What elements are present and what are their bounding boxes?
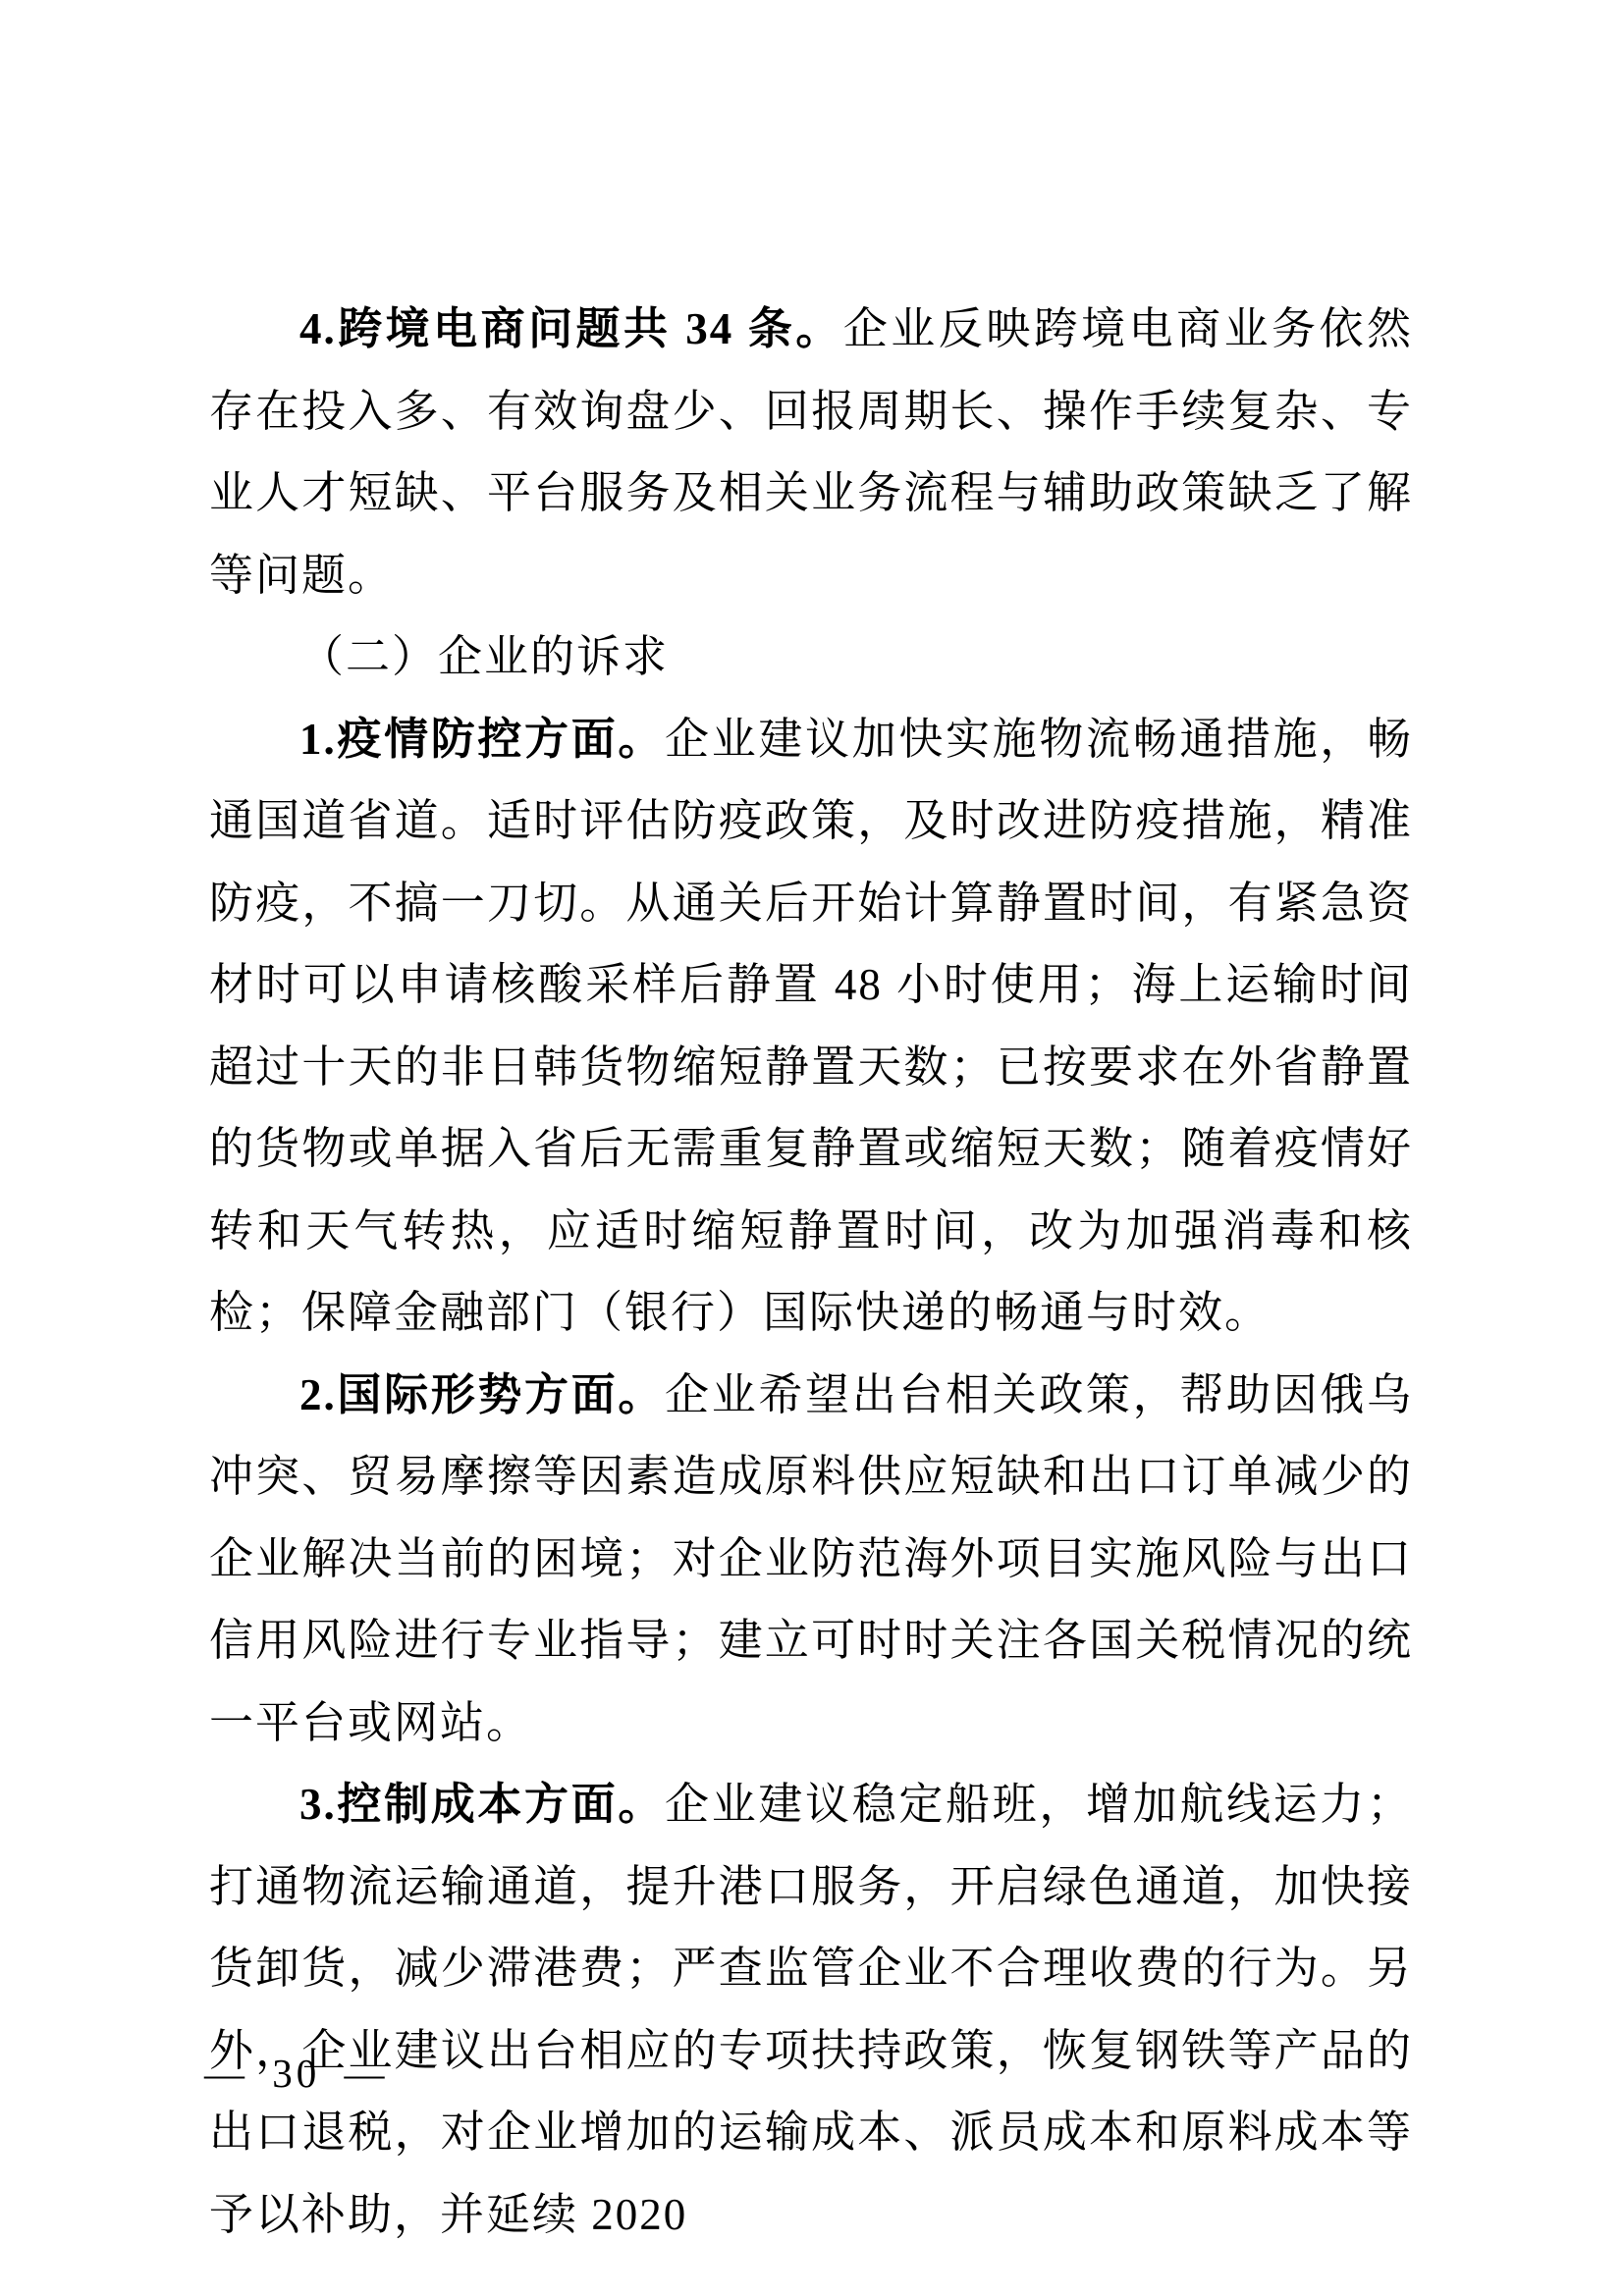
paragraph-cross-border-ecommerce: 4.跨境电商问题共 34 条。企业反映跨境电商业务依然存在投入多、有效询盘少、回… xyxy=(209,289,1413,616)
paragraph-international-situation: 2.国际形势方面。企业希望出台相关政策，帮助因俄乌冲突、贸易摩擦等因素造成原料供… xyxy=(209,1355,1413,1765)
document-body: 4.跨境电商问题共 34 条。企业反映跨境电商业务依然存在投入多、有效询盘少、回… xyxy=(209,289,1413,2256)
paragraph-lead-bold: 4.跨境电商问题共 34 条。 xyxy=(299,304,843,353)
section-heading-enterprise-demands: （二）企业的诉求 xyxy=(209,616,1413,699)
document-page: 4.跨境电商问题共 34 条。企业反映跨境电商业务依然存在投入多、有效询盘少、回… xyxy=(0,0,1624,2296)
paragraph-lead-bold: 1.疫情防控方面。 xyxy=(299,715,665,764)
paragraph-epidemic-control: 1.疫情防控方面。企业建议加快实施物流畅通措施，畅通国道省道。适时评估防疫政策，… xyxy=(209,699,1413,1355)
paragraph-text: 企业希望出台相关政策，帮助因俄乌冲突、贸易摩擦等因素造成原料供应短缺和出口订单减… xyxy=(209,1370,1413,1747)
paragraph-text: 企业建议加快实施物流畅通措施，畅通国道省道。适时评估防疫政策，及时改进防疫措施，… xyxy=(209,715,1413,1338)
paragraph-lead-bold: 2.国际形势方面。 xyxy=(299,1370,665,1419)
paragraph-text: 企业建议稳定船班，增加航线运力；打通物流运输通道，提升港口服务，开启绿色通道，加… xyxy=(209,1780,1413,2239)
paragraph-cost-control: 3.控制成本方面。企业建议稳定船班，增加航线运力；打通物流运输通道，提升港口服务… xyxy=(209,1764,1413,2256)
page-number: — 30 — xyxy=(204,2050,389,2097)
paragraph-lead-bold: 3.控制成本方面。 xyxy=(299,1780,665,1829)
section-heading-text: （二）企业的诉求 xyxy=(299,632,669,681)
